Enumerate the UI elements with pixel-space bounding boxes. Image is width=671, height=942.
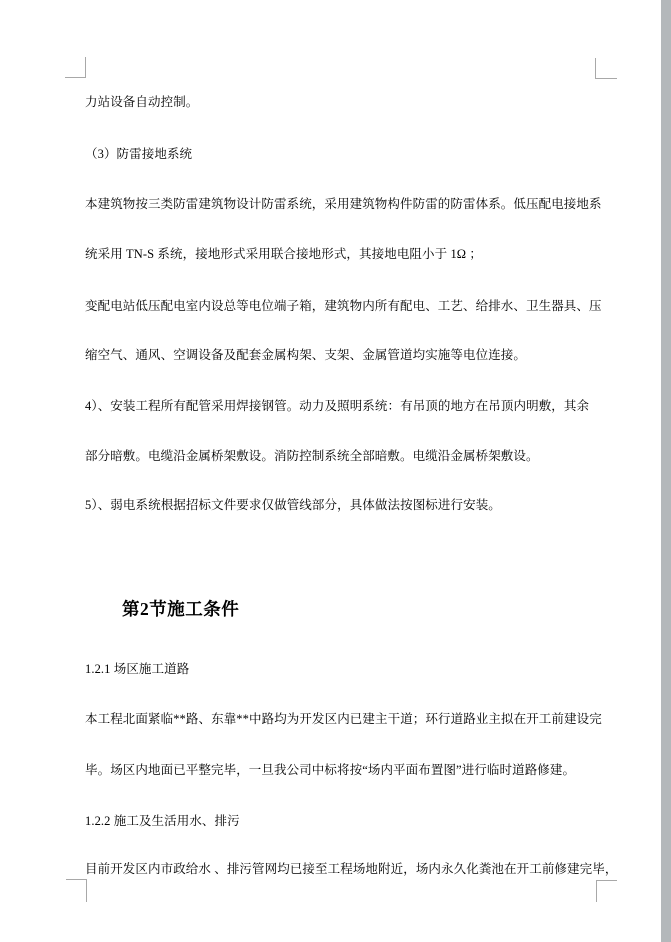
paragraph-line: 统采用 TN-S 系统，接地形式采用联合接地形式，其接地电阻小于 1Ω ； xyxy=(85,247,607,262)
crop-mark-top-left xyxy=(65,57,86,78)
crop-mark-bottom-right xyxy=(596,880,617,902)
paragraph-line: 目前开发区内市政给水 、排污管网均已接至工程场地附近，场内永久化粪池在开工前修建… xyxy=(85,862,607,877)
paragraph-line: 本建筑物按三类防雷建筑物设计防雷系统，采用建筑物构件防雷的防雷体系。低压配电接地… xyxy=(85,197,607,212)
subsection-heading-2: 1.2.2 施工及生活用水、排污 xyxy=(85,814,607,829)
paragraph-line: 毕。场区内地面已平整完毕，一旦我公司中标将按“场内平面布置图”进行临时道路修建。 xyxy=(85,763,607,778)
subsection-heading-1: 1.2.1 场区施工道路 xyxy=(85,662,607,677)
paragraph-line: 缩空气、通风、空调设备及配套金属构架、支架、金属管道均实施等电位连接。 xyxy=(85,348,607,363)
paragraph-line: 变配电站低压配电室内设总等电位端子箱，建筑物内所有配电、工艺、给排水、卫生器具、… xyxy=(85,299,607,314)
crop-mark-top-right xyxy=(595,58,617,79)
section-heading: 第2节施工条件 xyxy=(122,598,522,620)
document-page: 力站设备自动控制。 （3）防雷接地系统 本建筑物按三类防雷建筑物设计防雷系统，采… xyxy=(0,0,671,942)
paragraph-line: 部分暗敷。电缆沿金属桥架敷设。消防控制系统全部暗敷。电缆沿金属桥架敷设。 xyxy=(85,449,607,464)
crop-mark-bottom-left xyxy=(66,879,87,902)
paragraph-line: 力站设备自动控制。 xyxy=(85,95,607,110)
list-item-heading: （3）防雷接地系统 xyxy=(85,147,607,162)
paragraph-line: 本工程北面紧临**路、东靠**中路均为开发区内已建主干道；环行道路业主拟在开工前… xyxy=(85,712,607,727)
paragraph-line: 4）、安装工程所有配管采用焊接钢管。动力及照明系统：有吊顶的地方在吊顶内明敷，其… xyxy=(85,399,607,414)
page-edge-strip xyxy=(661,0,671,942)
paragraph-line: 5）、弱电系统根据招标文件要求仅做管线部分，具体做法按图标进行安装。 xyxy=(85,498,607,513)
